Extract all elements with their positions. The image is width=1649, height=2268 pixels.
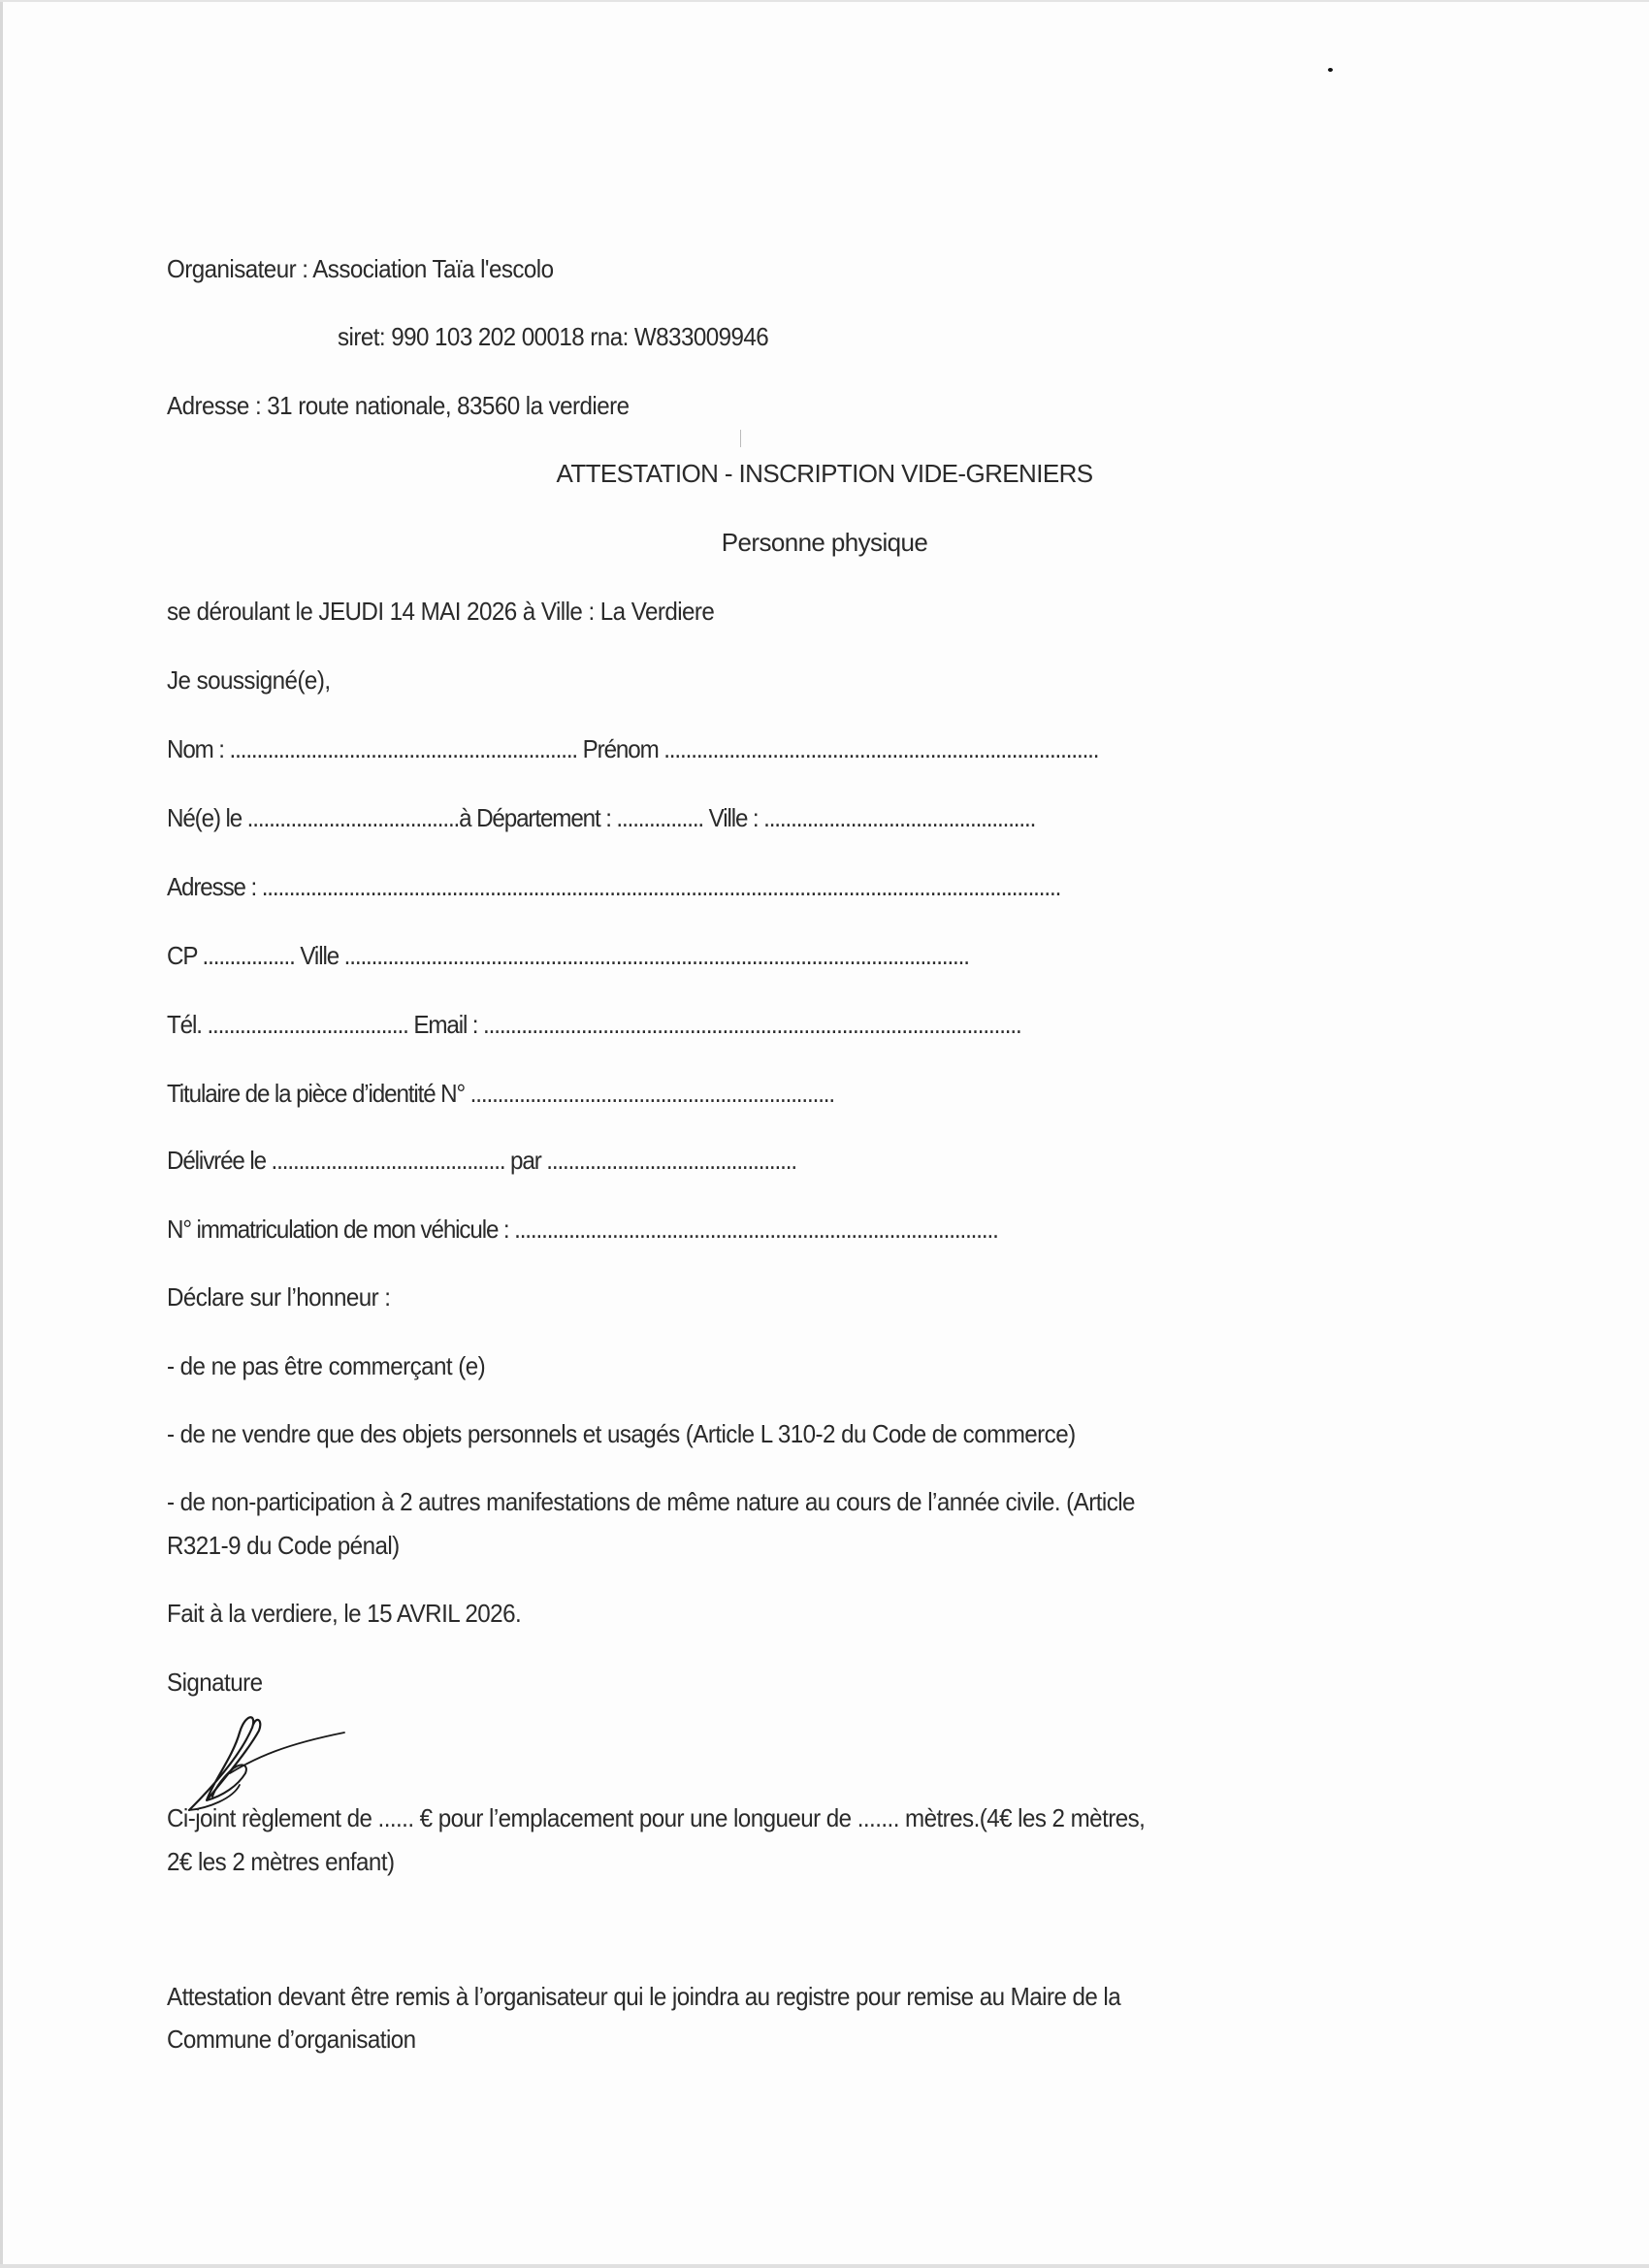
organizer-ids: siret: 990 103 202 00018 rna: W833009946 bbox=[338, 321, 768, 352]
document-title: ATTESTATION - INSCRIPTION VIDE-GRENIERS bbox=[0, 458, 1649, 489]
fait-a-line: Fait à la verdiere, le 15 AVRIL 2026. bbox=[167, 1598, 521, 1629]
organizer-line: Organisateur : Association Taïa l'escolo bbox=[167, 253, 554, 284]
footer-note: Attestation devant être remis à l’organi… bbox=[167, 1981, 1120, 2012]
declaration-item: - de ne pas être commerçant (e) bbox=[167, 1350, 485, 1381]
footer-note-continued: Commune d’organisation bbox=[167, 2024, 416, 2055]
signature-label: Signature bbox=[167, 1667, 262, 1698]
payment-line: Ci-joint règlement de ...... € pour l’em… bbox=[167, 1802, 1145, 1833]
scan-edge-top bbox=[0, 0, 1649, 2]
field-cp-ville[interactable]: CP ................. Ville .............… bbox=[167, 940, 969, 971]
field-delivree[interactable]: Délivrée le ............................… bbox=[167, 1145, 796, 1176]
scan-mark bbox=[740, 430, 741, 447]
payment-line-continued: 2€ les 2 mètres enfant) bbox=[167, 1846, 394, 1877]
field-tel-email[interactable]: Tél. ...................................… bbox=[167, 1009, 1021, 1040]
field-nom-prenom[interactable]: Nom : ..................................… bbox=[167, 733, 1098, 764]
field-naissance[interactable]: Né(e) le ...............................… bbox=[167, 802, 1035, 833]
scan-edge-bottom bbox=[0, 2264, 1649, 2268]
intro-line: Je soussigné(e), bbox=[167, 664, 330, 696]
declaration-item-continued: R321-9 du Code pénal) bbox=[167, 1530, 400, 1561]
scan-edge-left bbox=[0, 0, 3, 2268]
field-piece-identite[interactable]: Titulaire de la pièce d’identité N° ....… bbox=[167, 1078, 834, 1109]
scan-speck bbox=[1328, 68, 1333, 72]
declaration-item: - de non-participation à 2 autres manife… bbox=[167, 1486, 1135, 1517]
declaration-item: - de ne vendre que des objets personnels… bbox=[167, 1418, 1076, 1449]
field-immatriculation[interactable]: N° immatriculation de mon véhicule : ...… bbox=[167, 1214, 998, 1245]
organizer-address: Adresse : 31 route nationale, 83560 la v… bbox=[167, 390, 630, 421]
document-subtitle: Personne physique bbox=[0, 527, 1649, 558]
event-line: se déroulant le JEUDI 14 MAI 2026 à Vill… bbox=[167, 596, 714, 627]
declaration-heading: Déclare sur l’honneur : bbox=[167, 1281, 390, 1312]
field-adresse[interactable]: Adresse : ..............................… bbox=[167, 871, 1060, 902]
